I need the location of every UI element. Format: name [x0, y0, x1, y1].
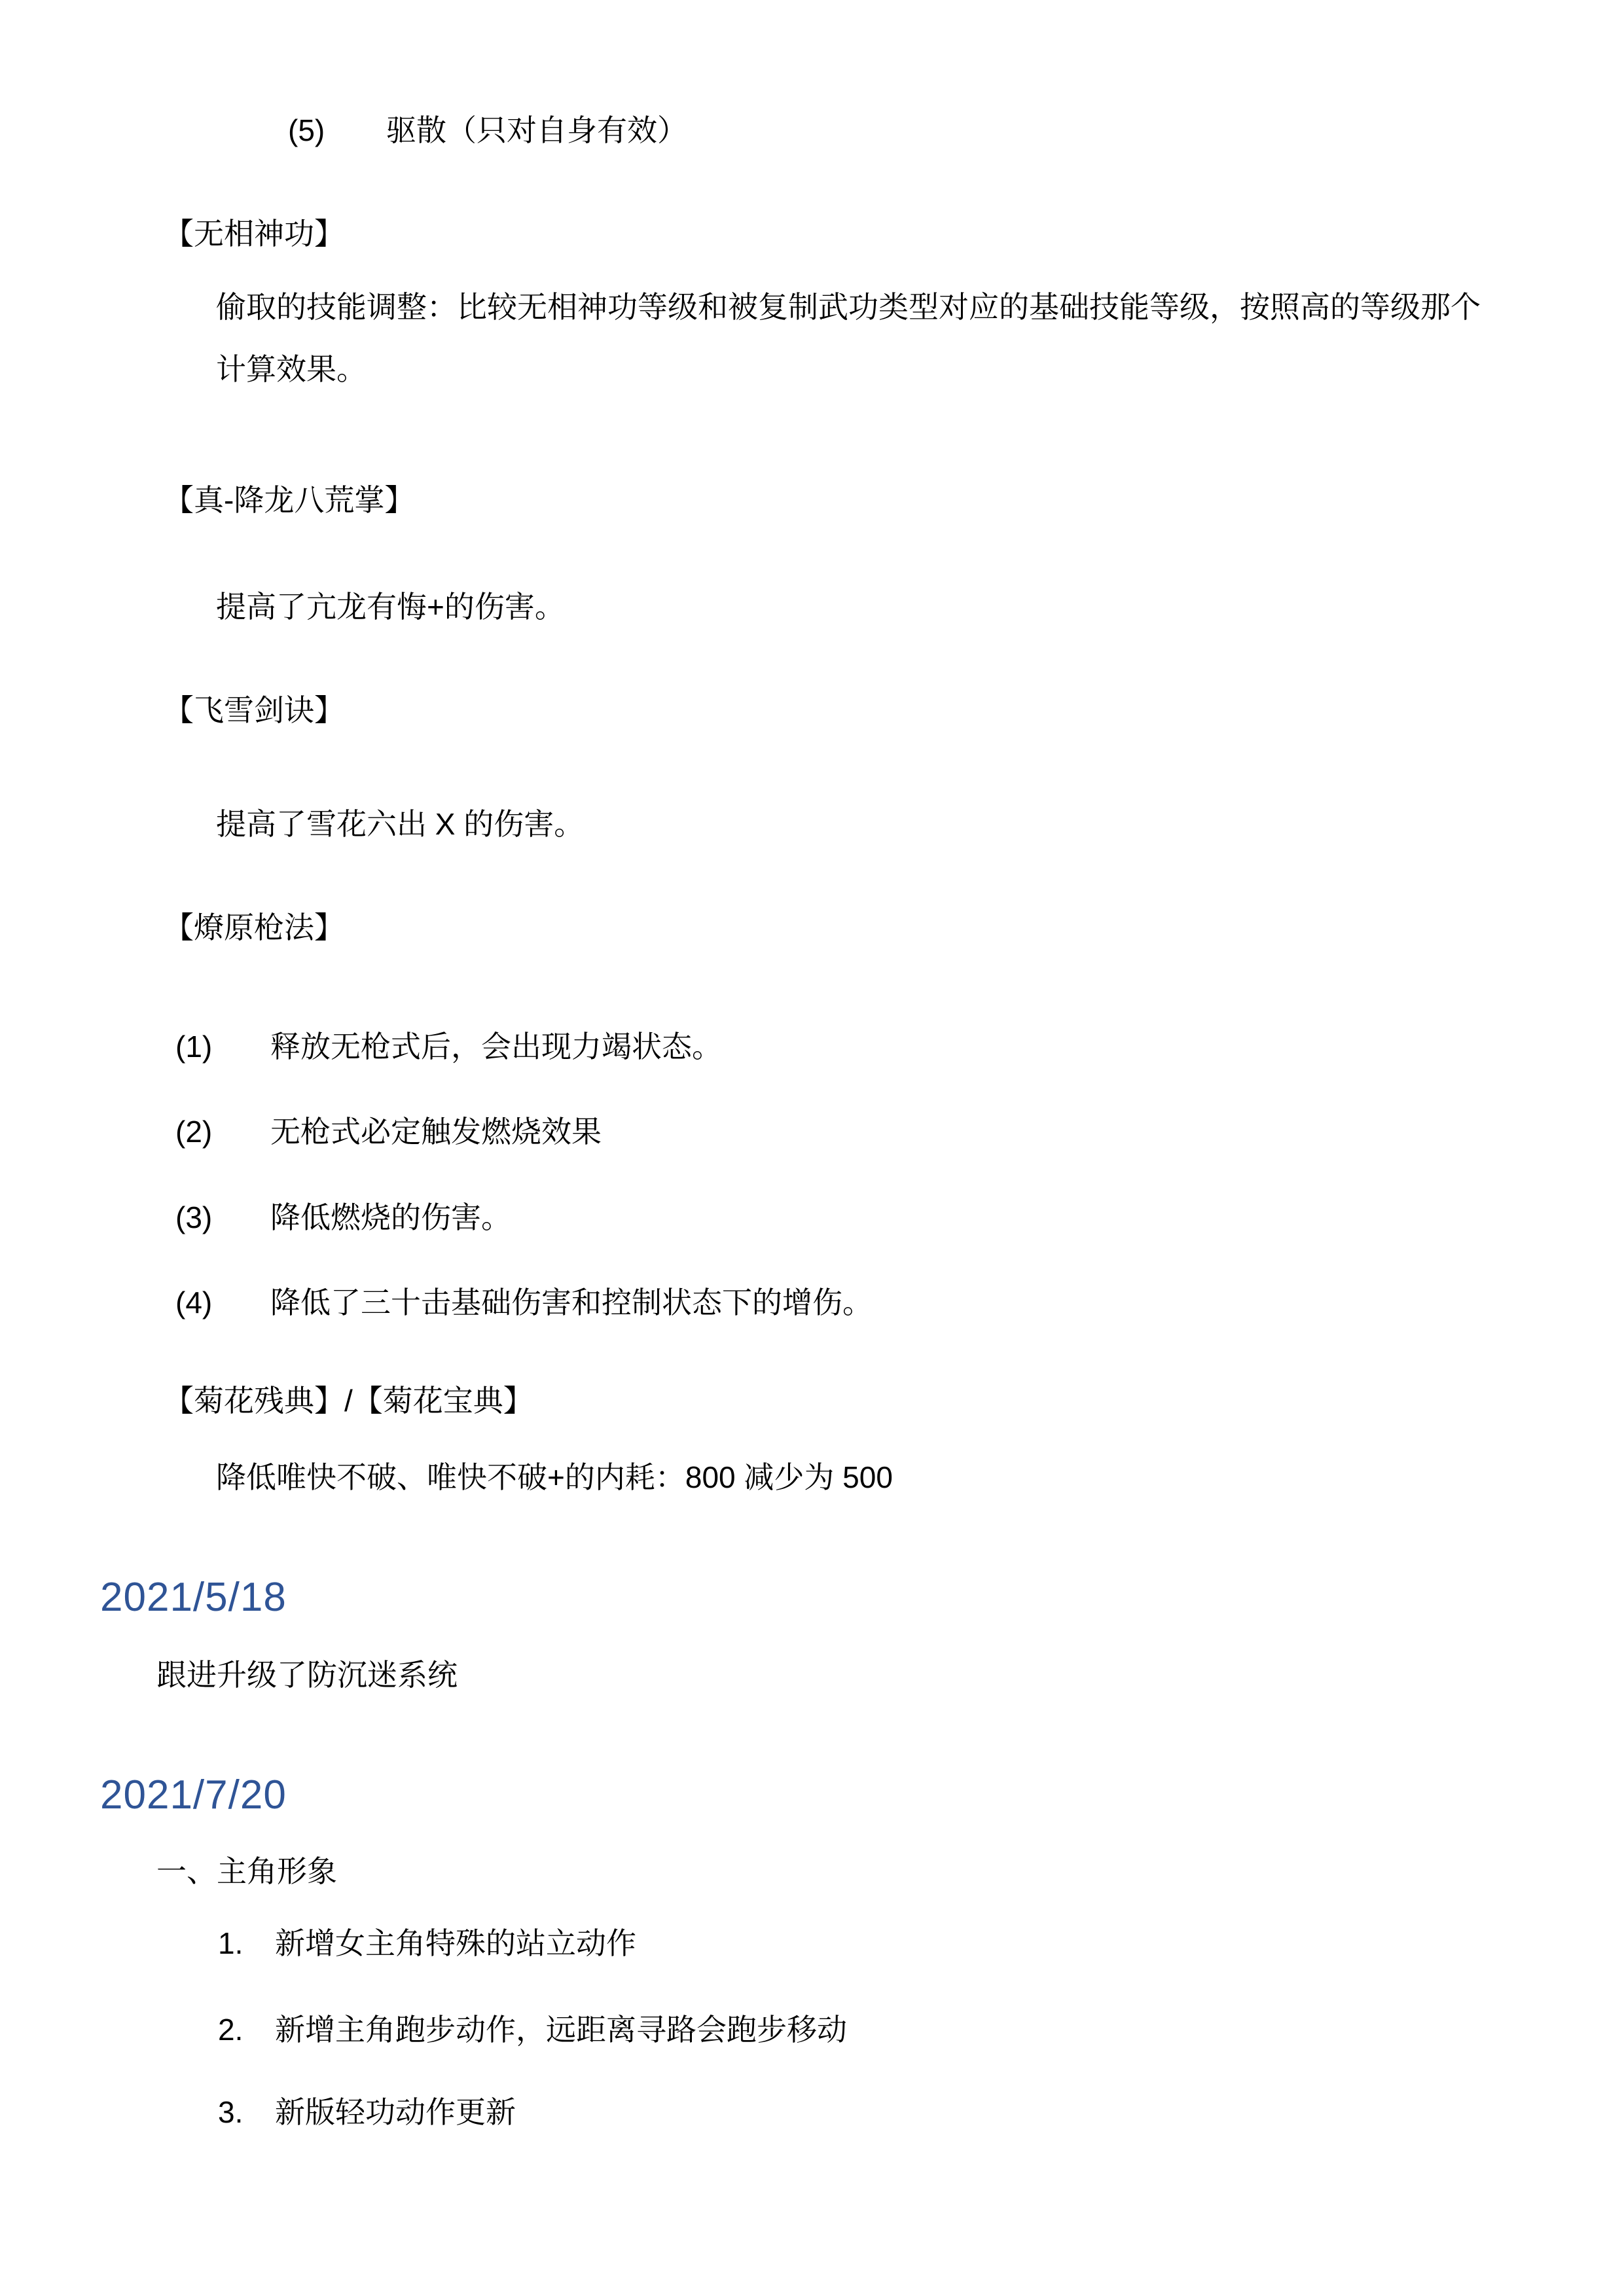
list-item-text: 降低了三十击基础伤害和控制状态下的增伤。: [270, 1285, 873, 1319]
skill-section-body: 偷取的技能调整：比较无相神功等级和被复制武功类型对应的基础技能等级，按照高的等级…: [216, 276, 1492, 401]
list-item-number: (1): [175, 1029, 270, 1065]
skill-section-body: 提高了亢龙有悔+的伤害。: [216, 589, 565, 625]
list-item-number: (2): [175, 1114, 270, 1150]
list-item-number: 1.: [218, 1926, 275, 1962]
skill-section-title: 【无相神功】: [164, 216, 344, 252]
list-item-text: 新增主角跑步动作，远距离寻路会跑步移动: [275, 2013, 847, 2047]
update-note: 跟进升级了防沉迷系统: [156, 1657, 458, 1693]
list-item: (1)释放无枪式后，会出现力竭状态。: [175, 1029, 722, 1065]
list-item-text: 降低燃烧的伤害。: [270, 1200, 511, 1234]
update-subheading: 一、主角形象: [156, 1854, 337, 1890]
list-item-text: 新增女主角特殊的站立动作: [275, 1926, 636, 1960]
skill-section-title: 【飞雪剑诀】: [164, 692, 344, 728]
list-item-text: 新版轻功动作更新: [275, 2095, 516, 2129]
list-item: (3)降低燃烧的伤害。: [175, 1200, 511, 1236]
list-item: (4)降低了三十击基础伤害和控制状态下的增伤。: [175, 1285, 873, 1321]
date-heading: 2021/5/18: [100, 1573, 287, 1622]
list-item-number: 2.: [218, 2012, 275, 2048]
list-item-text: 释放无枪式后，会出现力竭状态。: [270, 1030, 722, 1064]
list-item: 1.新增女主角特殊的站立动作: [218, 1926, 636, 1962]
date-heading: 2021/7/20: [100, 1771, 287, 1820]
skill-section-title: 【燎原枪法】: [164, 910, 344, 946]
list-item-number: (3): [175, 1200, 270, 1236]
list-item-number: 3.: [218, 2094, 275, 2130]
list-item: (2)无枪式必定触发燃烧效果: [175, 1114, 602, 1150]
list-item: 3.新版轻功动作更新: [218, 2094, 516, 2130]
skill-section-title: 【真-降龙八荒掌】: [164, 482, 414, 518]
list-item: (5)驱散（只对自身有效）: [288, 113, 687, 149]
document-page: (5)驱散（只对自身有效） 【无相神功】 偷取的技能调整：比较无相神功等级和被复…: [0, 0, 1624, 2296]
list-item-text: 驱散（只对自身有效）: [386, 113, 687, 147]
skill-section-body: 提高了雪花六出 X 的伤害。: [216, 806, 584, 842]
list-item: 2.新增主角跑步动作，远距离寻路会跑步移动: [218, 2012, 847, 2048]
skill-section-title: 【菊花残典】/【菊花宝典】: [164, 1383, 533, 1419]
skill-section-body: 降低唯快不破、唯快不破+的内耗：800 减少为 500: [216, 1460, 893, 1496]
list-item-number: (5): [288, 113, 386, 149]
list-item-text: 无枪式必定触发燃烧效果: [270, 1115, 602, 1149]
list-item-number: (4): [175, 1285, 270, 1321]
